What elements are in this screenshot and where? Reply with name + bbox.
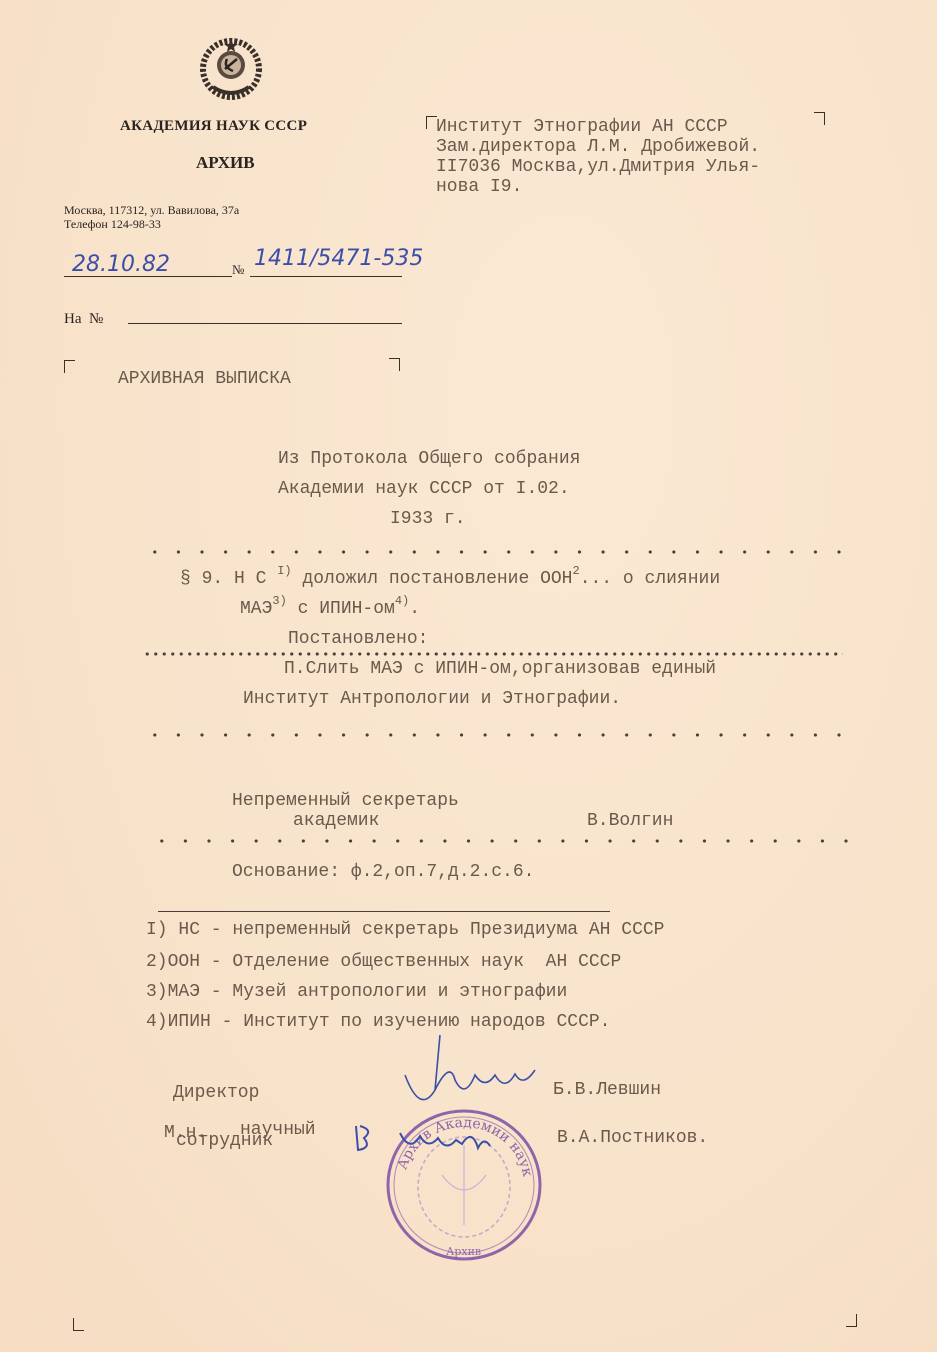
footnote-ref: 2 [573, 564, 580, 578]
letterhead-department: АРХИВ [196, 153, 255, 173]
director-role: Директор [173, 1083, 259, 1103]
signer-title: академик [293, 811, 379, 831]
footnote-rule [158, 911, 610, 912]
archive-document-page: АКАДЕМИЯ НАУК СССР АРХИВ Москва, 117312,… [0, 0, 939, 1352]
resolution-line: Институт Антропологии и Этнографии. [243, 689, 621, 709]
signer-name: В.Волгин [587, 811, 673, 831]
researcher-handwritten-signature [350, 1118, 510, 1158]
footnote: 4)ИПИН - Институт по изучению народов СС… [146, 1012, 610, 1032]
dotted-separator [143, 651, 843, 657]
dotted-separator [143, 549, 843, 555]
paragraph-line: МАЭ3) с ИПИН-ом4). [240, 599, 420, 619]
heading-line: Академии наук СССР от I.02. [278, 479, 570, 499]
letterhead-address: Москва, 117312, ул. Вавилова, 37а [64, 203, 239, 218]
paragraph-text: с ИПИН-ом [287, 599, 395, 619]
director-handwritten-signature [395, 1030, 545, 1120]
paragraph-line: § 9. Н С I) доложил постановление ООН2..… [180, 569, 720, 589]
footnote: I) НС - непременный секретарь Президиума… [146, 920, 664, 940]
researcher-role: сотрудник [176, 1131, 273, 1151]
recipient-line: II7036 Москва,ул.Дмитрия Улья- [436, 157, 760, 177]
recipient-line: Зам.директора Л.М. Дробижевой. [436, 137, 760, 157]
address-corner-mark [814, 112, 825, 125]
dotted-separator [150, 838, 850, 844]
paragraph-text: МАЭ [240, 599, 272, 619]
outgoing-date: 28.10.82 [72, 252, 170, 277]
date-underline [64, 276, 232, 277]
title-corner-mark [389, 358, 400, 371]
ussr-coat-of-arms-icon [199, 35, 263, 101]
letterhead-organization: АКАДЕМИЯ НАУК СССР [120, 118, 307, 135]
page-corner-mark [846, 1314, 857, 1327]
archive-basis: Основание: ф.2,оп.7,д.2.с.6. [232, 862, 534, 882]
footnote-ref: 3) [272, 594, 286, 608]
footnote-ref: I) [277, 564, 291, 578]
letterhead-phone: Телефон 124-98-33 [64, 217, 161, 232]
footnote: 2)ООН - Отделение общественных наук АН С… [146, 952, 621, 972]
heading-line: I933 г. [390, 509, 466, 529]
page-corner-mark [73, 1318, 84, 1331]
reply-to-underline [128, 323, 402, 324]
document-type: АРХИВНАЯ ВЫПИСКА [118, 369, 291, 389]
number-label: № [232, 262, 244, 278]
researcher-name: В.А.Постников. [557, 1128, 708, 1148]
reply-to-label: На № [64, 311, 103, 328]
svg-text:Архив: Архив [446, 1245, 481, 1258]
resolved-label: Постановлено: [288, 629, 428, 649]
title-corner-mark [64, 360, 75, 373]
recipient-line: нова I9. [436, 177, 522, 197]
outgoing-number: 1411/5471-535 [254, 246, 423, 271]
paragraph-text: . [409, 599, 420, 619]
signer-title: Непременный секретарь [232, 791, 459, 811]
heading-line: Из Протокола Общего собрания [278, 449, 580, 469]
footnote: 3)МАЭ - Музей антропологии и этнографии [146, 982, 567, 1002]
footnote-ref: 4) [395, 594, 409, 608]
number-underline [250, 276, 402, 277]
resolution-line: П.Слить МАЭ с ИПИН-ом,организовав единый [284, 659, 716, 679]
director-name: Б.В.Левшин [553, 1080, 661, 1100]
paragraph-text: ... о слиянии [580, 569, 720, 589]
paragraph-number: § 9. Н С [180, 569, 266, 589]
dotted-separator [143, 732, 843, 738]
recipient-line: Институт Этнографии АН СССР [436, 117, 728, 137]
paragraph-text: доложил постановление ООН [292, 569, 573, 589]
